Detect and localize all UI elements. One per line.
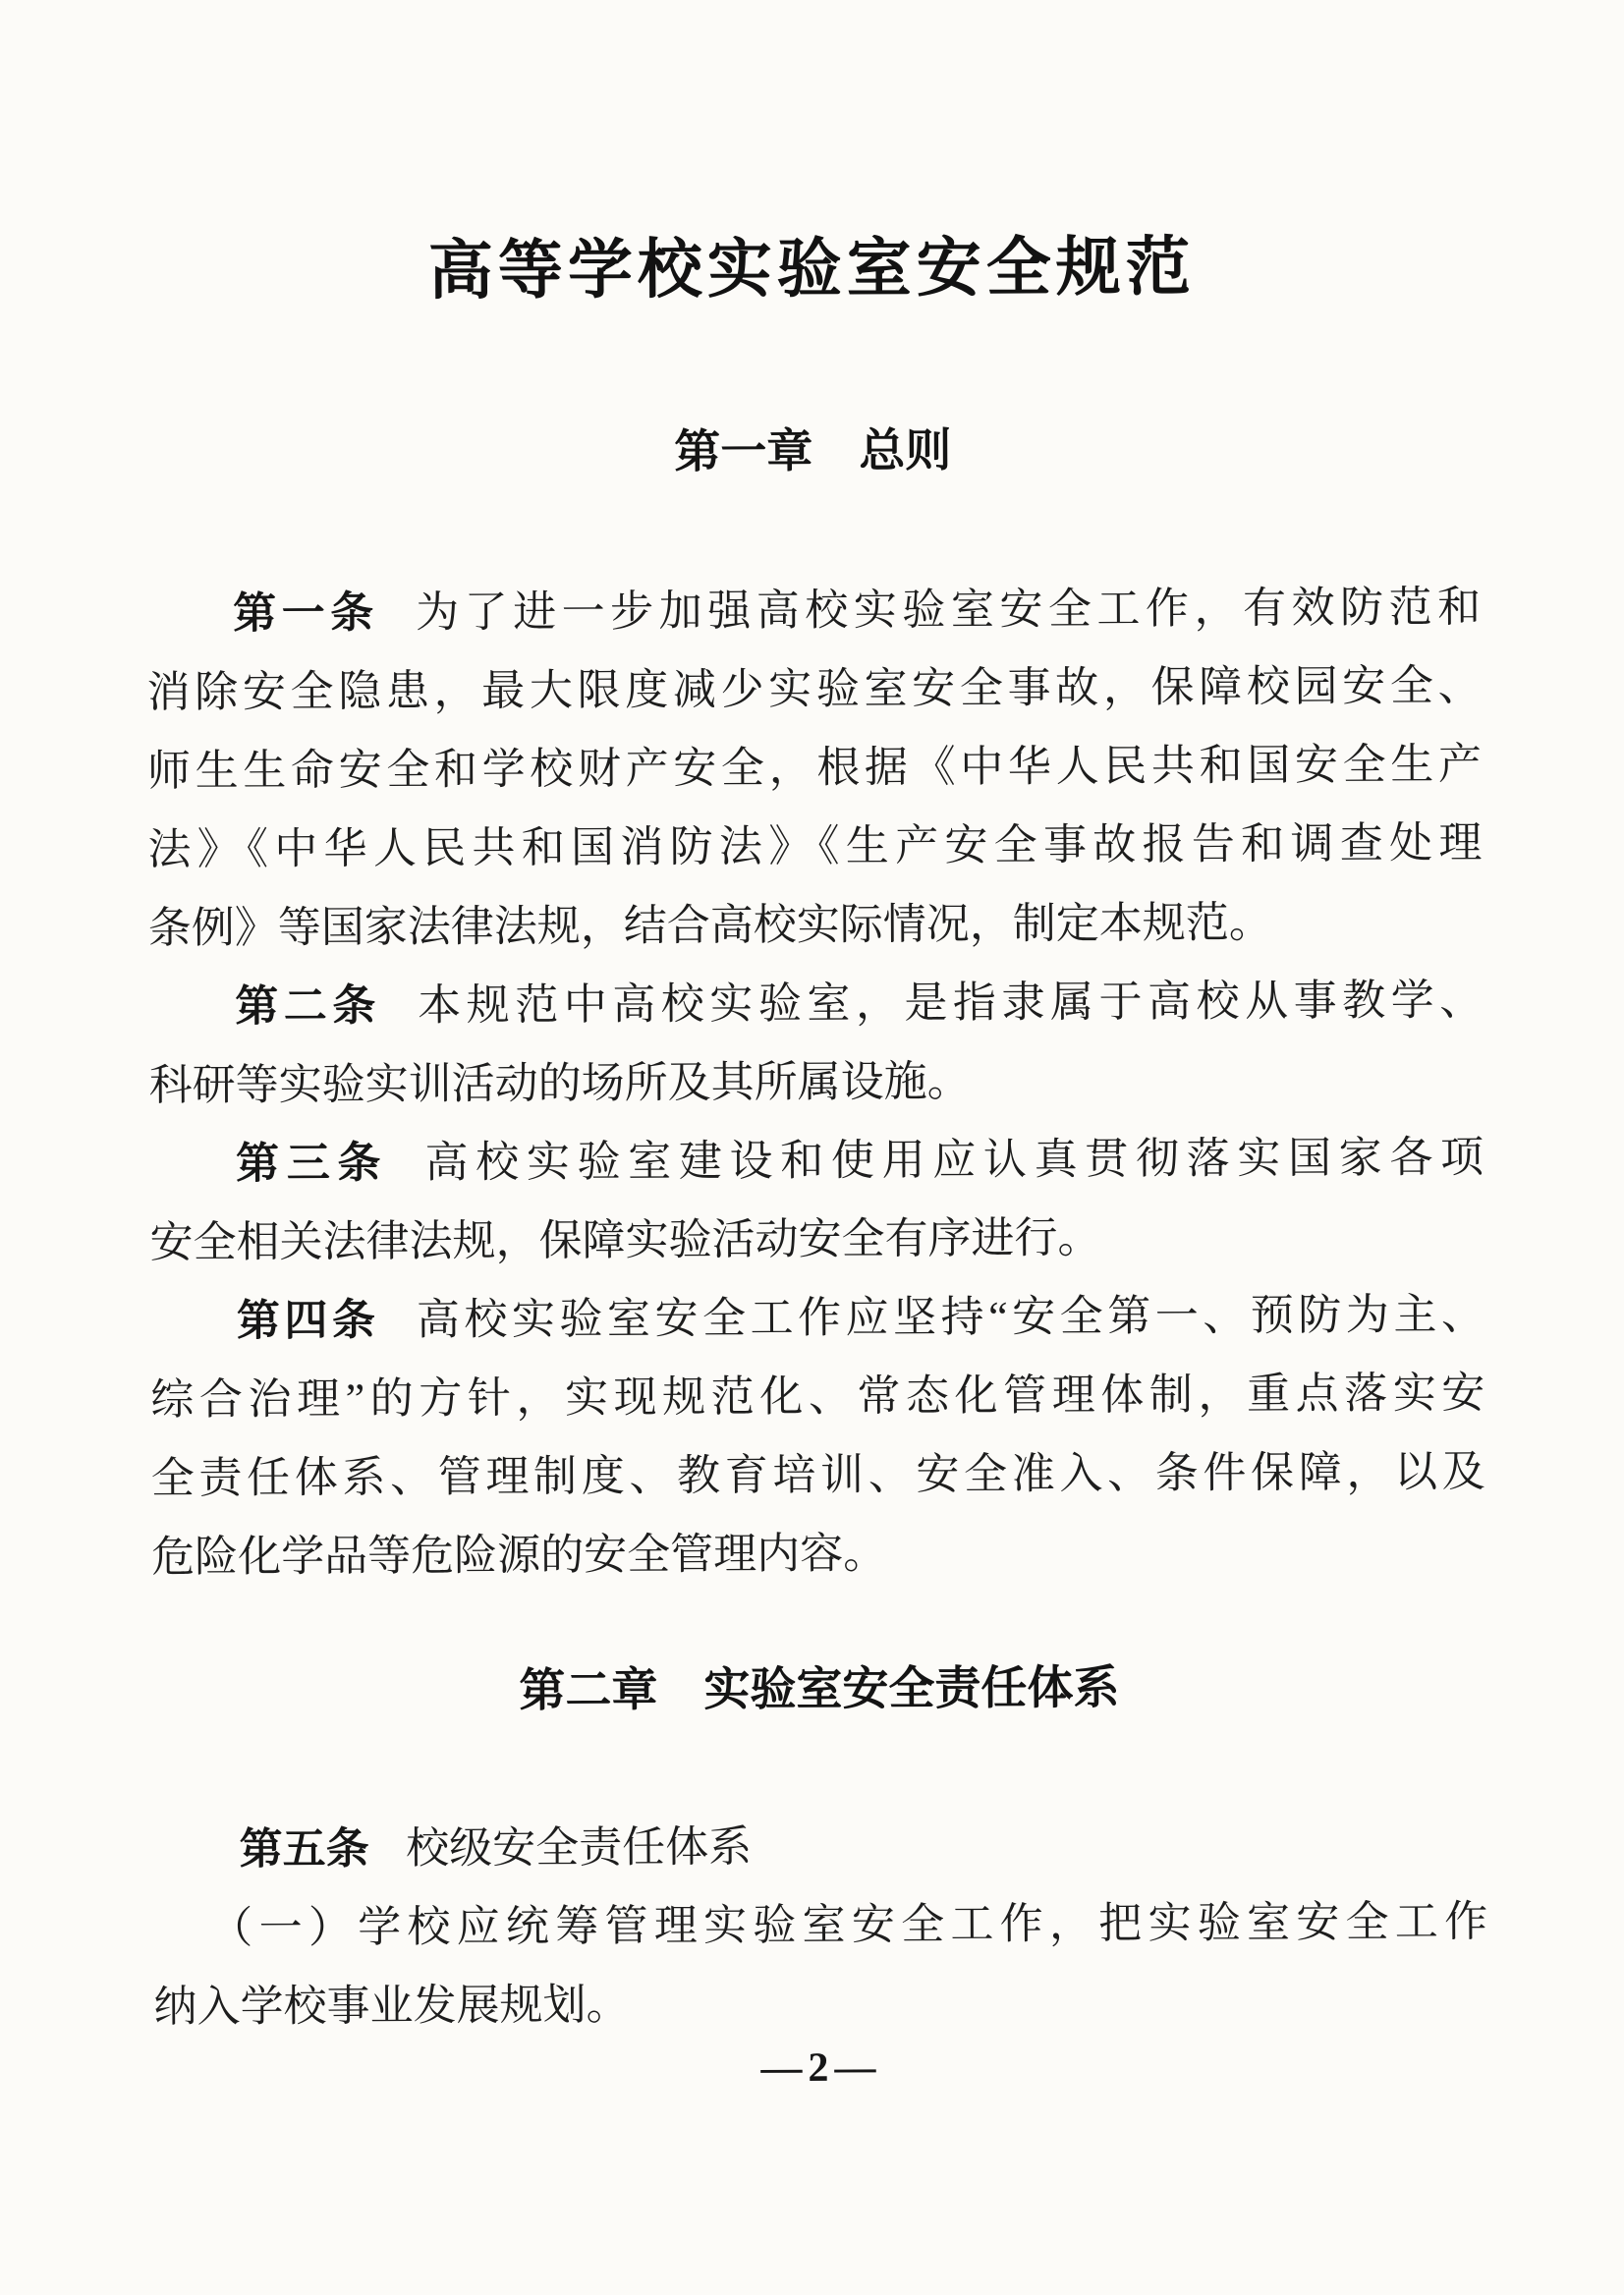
article-5-line-1: 第五条校级安全责任体系 <box>153 1804 1487 1889</box>
scanned-document-page: 高等学校实验室安全规范 第一章 总则 第一条为了进一步加强高校实验室安全工作，有… <box>0 0 1624 2295</box>
article-5-label: 第五条 <box>240 1824 369 1874</box>
article-4-label: 第四条 <box>237 1296 380 1345</box>
article-2-label: 第二条 <box>235 981 381 1031</box>
article-3-line-1: 第三条高校实验室建设和使用应认真贯彻落实国家各项 <box>149 1118 1484 1203</box>
article-1-line-3: 师生生命安全和学校财产安全，根据《中华人民共和国安全生产 <box>147 725 1482 811</box>
article-5-opening-text: 校级安全责任体系 <box>406 1822 752 1873</box>
article-3-line-2: 安全相关法律法规，保障实验活动安全有序进行。 <box>149 1197 1484 1282</box>
chapter-2-body: 第五条校级安全责任体系 （一）学校应统筹管理实验室安全工作，把实验室安全工作 纳… <box>153 1804 1488 2046</box>
article-1-line-1: 第一条为了进一步加强高校实验室安全工作，有效防范和 <box>146 568 1481 653</box>
chapter-1-body: 第一条为了进一步加强高校实验室安全工作，有效防范和 消除安全隐患，最大限度减少实… <box>146 568 1485 1596</box>
article-1-opening-text: 为了进一步加强高校实验室安全工作，有效防范和 <box>416 583 1481 637</box>
article-3-label: 第三条 <box>236 1139 388 1188</box>
clause-1-line-1: （一）学校应统筹管理实验室安全工作，把实验室安全工作 <box>153 1882 1487 1968</box>
chapter-2-heading: 第二章 实验室安全责任体系 <box>152 1661 1486 1714</box>
article-1-line-2: 消除安全隐患，最大限度减少实验室安全事故，保障校园安全、 <box>146 646 1481 732</box>
article-4-line-1: 第四条高校实验室安全工作应坚持“安全第一、预防为主、 <box>150 1275 1484 1361</box>
chapter-1-heading: 第一章 总则 <box>145 423 1480 476</box>
document-title: 高等学校实验室安全规范 <box>144 234 1479 306</box>
clause-1-line-2: 纳入学校事业发展规划。 <box>153 1961 1487 2046</box>
article-2-opening-text: 本规范中高校实验室，是指隶属于高校从事教学、 <box>418 976 1483 1030</box>
document-content: 高等学校实验室安全规范 第一章 总则 第一条为了进一步加强高校实验室安全工作，有… <box>0 0 1624 2295</box>
article-4-line-4: 危险化学品等危险源的安全管理内容。 <box>151 1511 1485 1596</box>
article-4-opening-text: 高校实验室安全工作应坚持“安全第一、预防为主、 <box>417 1290 1484 1344</box>
article-3-opening-text: 高校实验室建设和使用应认真贯彻落实国家各项 <box>424 1133 1484 1187</box>
article-1-line-4: 法》《中华人民共和国消防法》《生产安全事故报告和调查处理 <box>147 804 1482 889</box>
page-number: —2— <box>154 2040 1488 2096</box>
article-1-line-5: 条例》等国家法律法规，结合高校实际情况，制定本规范。 <box>148 882 1483 968</box>
article-4-line-3: 全责任体系、管理制度、教育培训、安全准入、条件保障，以及 <box>151 1432 1485 1518</box>
article-2-line-1: 第二条本规范中高校实验室，是指隶属于高校从事教学、 <box>148 961 1483 1046</box>
article-2-line-2: 科研等实验实训活动的场所及其所属设施。 <box>148 1039 1483 1125</box>
article-4-line-2: 综合治理”的方针，实现规范化、常态化管理体制，重点落实安 <box>150 1354 1484 1439</box>
article-1-label: 第一条 <box>233 588 379 638</box>
